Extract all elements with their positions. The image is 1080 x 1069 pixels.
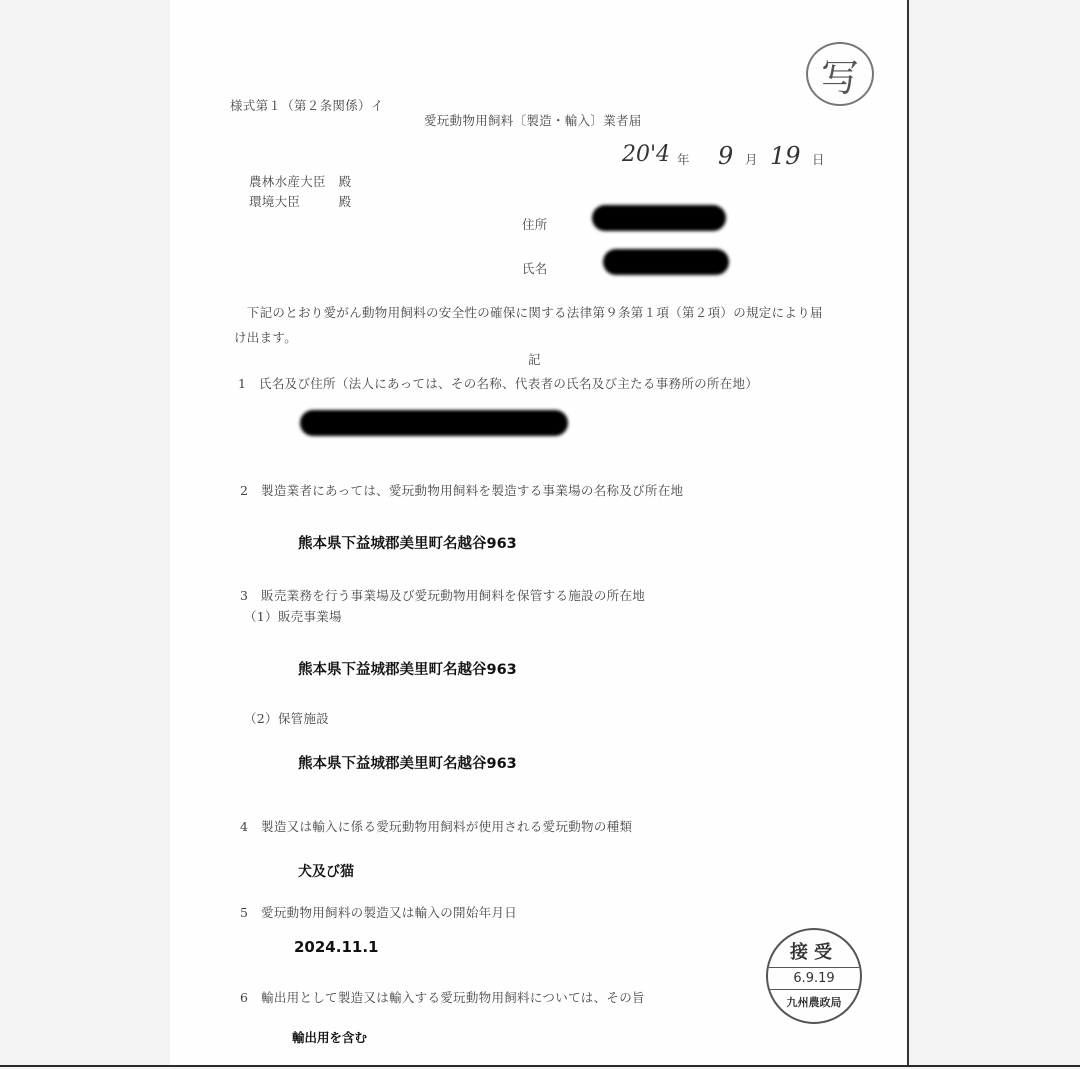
form-number: 様式第１（第２条関係）イ <box>230 96 384 114</box>
item6-value: 輸出用を含む <box>292 1028 367 1046</box>
addressee-env: 環境大臣 殿 <box>249 192 351 210</box>
item4-value: 犬及び猫 <box>298 861 354 881</box>
date-day: 19 <box>770 142 801 170</box>
item1-label: 1 氏名及び住所（法人にあっては、その名称、代表者の氏名及び主たる事務所の所在地… <box>238 374 758 392</box>
address-label: 住所 <box>522 215 548 233</box>
redacted-item1 <box>300 410 568 436</box>
date-month: 9 <box>718 142 733 170</box>
item5-label: 5 愛玩動物用飼料の製造又は輸入の開始年月日 <box>240 903 517 921</box>
item6-label: 6 輸出用として製造又は輸入する愛玩動物用飼料については、その旨 <box>240 988 645 1006</box>
ki-heading: 記 <box>528 350 541 368</box>
received-stamp-office: 九州農政局 <box>768 994 860 1010</box>
received-stamp-date: 6.9.19 <box>768 967 860 990</box>
intro-line-2: け出ます。 <box>234 328 297 346</box>
item3-sub2-label: （2）保管施設 <box>244 709 329 727</box>
item3-label: 3 販売業務を行う事業場及び愛玩動物用飼料を保管する施設の所在地 <box>240 586 645 604</box>
item3-sub1-label: （1）販売事業場 <box>244 607 342 625</box>
date-month-label: 月 <box>745 150 758 168</box>
item5-value: 2024.11.1 <box>294 938 378 956</box>
name-label: 氏名 <box>522 259 548 277</box>
copy-stamp: 写 <box>806 42 874 106</box>
item3-sub2-value: 熊本県下益城郡美里町名越谷963 <box>298 752 517 773</box>
redacted-address <box>592 205 726 231</box>
copy-stamp-text: 写 <box>821 47 859 102</box>
addressee-maff: 農林水産大臣 殿 <box>249 172 351 190</box>
intro-line-1: 下記のとおり愛がん動物用飼料の安全性の確保に関する法律第９条第１項（第２項）の規… <box>234 303 823 321</box>
page-right-border <box>907 0 909 1066</box>
item3-sub1-value: 熊本県下益城郡美里町名越谷963 <box>298 658 517 679</box>
redacted-name <box>603 249 729 275</box>
form-title: 愛玩動物用飼料〔製造・輸入〕業者届 <box>424 111 642 129</box>
date-day-label: 日 <box>812 150 825 168</box>
received-stamp: 接受 6.9.19 九州農政局 <box>766 928 862 1024</box>
item2-label: 2 製造業者にあっては、愛玩動物用飼料を製造する事業場の名称及び所在地 <box>240 481 683 499</box>
item2-value: 熊本県下益城郡美里町名越谷963 <box>298 532 517 553</box>
date-year: 20'4 <box>622 142 670 167</box>
item4-label: 4 製造又は輸入に係る愛玩動物用飼料が使用される愛玩動物の種類 <box>240 817 632 835</box>
date-year-label: 年 <box>677 150 690 168</box>
received-stamp-title: 接受 <box>768 938 860 964</box>
page-bottom-border <box>0 1065 1080 1067</box>
